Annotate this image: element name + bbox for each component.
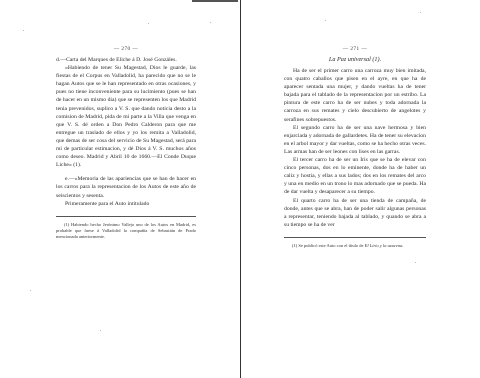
page-number: — 271 — [284,46,426,52]
body-paragraph: El segundo carro ha de ser una nave herm… [284,124,426,156]
footnote-rule [56,216,196,217]
body-paragraph: Ha de ser el primer carro una carroza mu… [284,67,426,124]
body-paragraph: Primeramente para el Auto intitulado [56,200,196,208]
section-title: La Paz universal (1). [284,56,426,63]
body-paragraph: El quarto carro ha de ser una tienda de … [284,197,426,229]
book-spine [240,0,241,378]
right-page: — 271 — La Paz universal (1). Ha de ser … [284,46,426,249]
footnote: (1) Habiendo hecho Jerónimo Vallejo uno … [56,222,196,240]
book-spread: — 270 — d.—Carta del Marques de Eliche á… [0,0,480,378]
page-number: — 270 — [56,46,196,52]
footnote: (1) Se publicó este Auto con el título d… [284,243,426,249]
body-paragraph: El tercer carro ha de ser un Iris que se… [284,156,426,196]
footnote-text: (1) Se publicó este Auto con el título d… [292,243,365,248]
footnote-title: El Lirio y la azucena. [365,243,404,248]
footnote-rule [284,237,426,238]
section-d-heading: d.—Carta del Marques de Eliche á D. José… [56,56,196,64]
section-e-paragraph: e.—«Memoria de las apariencias que se ha… [56,175,196,199]
letter-paragraph: «Habiendo de tener Su Magestad, Dios le … [56,64,196,169]
scan-edge-mark [192,0,238,2]
left-page: — 270 — d.—Carta del Marques de Eliche á… [56,46,196,240]
